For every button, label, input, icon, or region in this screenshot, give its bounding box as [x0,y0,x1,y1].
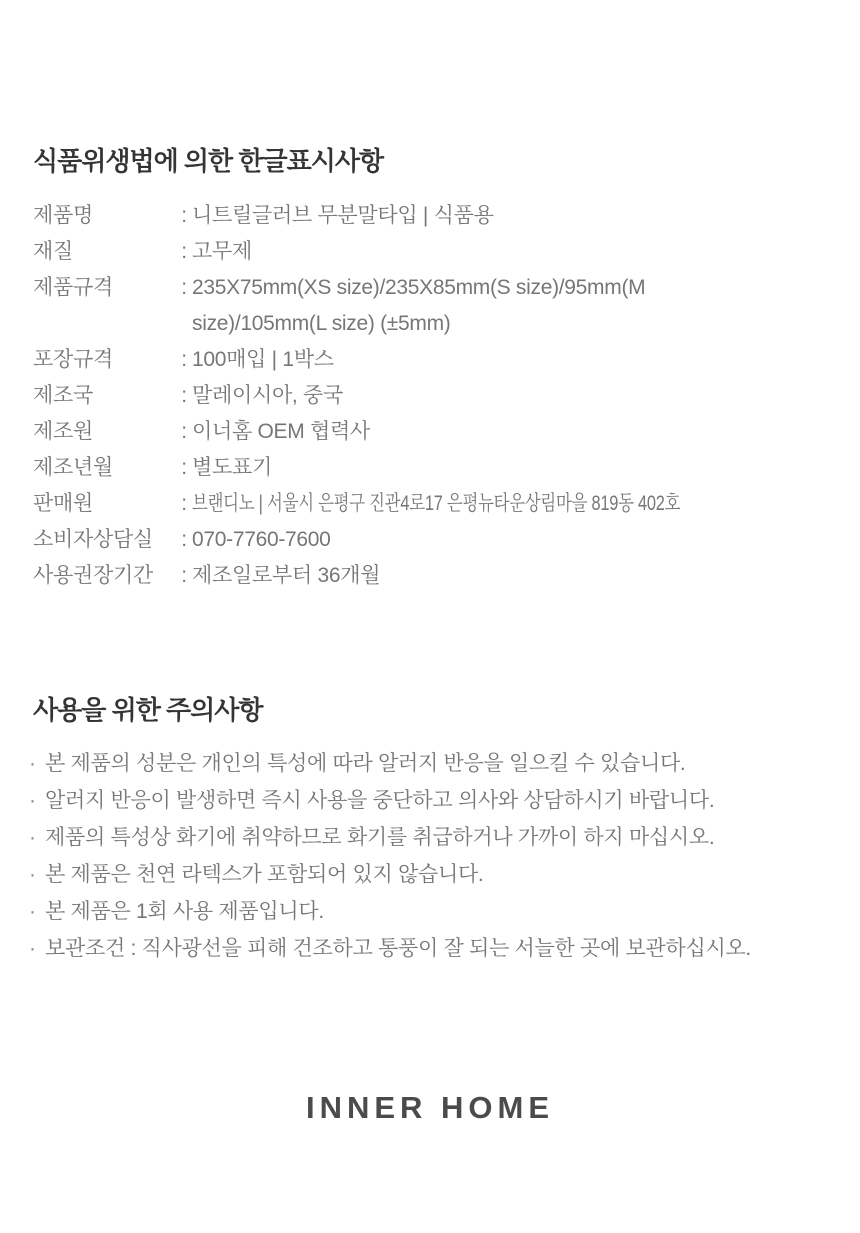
bullet-dot-icon: · [29,893,45,930]
info-value: 브랜디노 | 서울시 은평구 진관4로17 은평뉴타운상림마을 819동 402… [192,486,680,522]
info-value: 말레이시아, 중국 [192,378,845,414]
bullet-dot-icon: · [29,856,45,893]
info-row-seller: 판매원 : 브랜디노 | 서울시 은평구 진관4로17 은평뉴타운상림마을 81… [33,486,845,522]
info-value: 고무제 [192,234,845,270]
precaution-text: 본 제품은 천연 라텍스가 포함되어 있지 않습니다. [45,856,483,893]
info-label: 제조국 [33,378,176,414]
info-label: 포장규격 [33,342,176,378]
info-table: 제품명 : 니트릴글러브 무분말타입 | 식품용 재질 : 고무제 제품규격 :… [33,198,845,594]
precaution-item: · 제품의 특성상 화기에 취약하므로 화기를 취급하거나 가까이 하지 마십시… [29,819,845,856]
colon-separator: : [176,342,192,378]
bullet-dot-icon: · [29,819,45,856]
info-row-manufacturer: 제조원 : 이너홈 OEM 협력사 [33,414,845,450]
info-label: 판매원 [33,486,176,522]
precaution-text: 본 제품은 1회 사용 제품입니다. [45,893,324,930]
bullet-dot-icon: · [29,745,45,782]
bullet-dot-icon: · [29,782,45,819]
info-value: 제조일로부터 36개월 [192,558,845,594]
product-info-page: 식품위생법에 의한 한글표시사항 제품명 : 니트릴글러브 무분말타입 | 식품… [0,0,860,1233]
precaution-text: 본 제품의 성분은 개인의 특성에 따라 알러지 반응을 일으킬 수 있습니다. [45,745,685,782]
info-label: 사용권장기간 [33,558,176,594]
precaution-text: 제품의 특성상 화기에 취약하므로 화기를 취급하거나 가까이 하지 마십시오. [45,819,714,856]
info-value: 니트릴글러브 무분말타입 | 식품용 [192,198,845,234]
info-value-line-2: size)/105mm(L size) (±5mm) [192,312,450,335]
info-row-recommended-period: 사용권장기간 : 제조일로부터 36개월 [33,558,845,594]
info-value: 이너홈 OEM 협력사 [192,414,845,450]
korean-labeling-title: 식품위생법에 의한 한글표시사항 [33,146,845,176]
colon-separator: : [176,378,192,414]
info-row-material: 재질 : 고무제 [33,234,845,270]
info-label: 제조원 [33,414,176,450]
info-row-country: 제조국 : 말레이시아, 중국 [33,378,845,414]
brand-logo: INNER HOME [306,1090,554,1125]
info-label: 재질 [33,234,176,270]
info-label: 제품명 [33,198,176,234]
info-label: 제품규격 [33,270,176,306]
info-value-wrap: 브랜디노 | 서울시 은평구 진관4로17 은평뉴타운상림마을 819동 402… [192,486,845,522]
colon-separator: : [176,450,192,486]
colon-separator: : [176,270,192,306]
precaution-text: 알러지 반응이 발생하면 즉시 사용을 중단하고 의사와 상담하시기 바랍니다. [45,782,714,819]
precaution-text: 보관조건 : 직사광선을 피해 건조하고 통풍이 잘 되는 서늘한 곳에 보관하… [45,930,751,967]
info-value: 070-7760-7600 [192,522,845,558]
footer: INNER HOME [0,1090,860,1126]
precaution-list: · 본 제품의 성분은 개인의 특성에 따라 알러지 반응을 일으킬 수 있습니… [33,745,845,967]
colon-separator: : [176,234,192,270]
info-value: 235X75mm(XS size)/235X85mm(S size)/95mm(… [192,270,845,342]
info-row-manufacture-date: 제조년월 : 별도표기 [33,450,845,486]
info-value-line-1: 235X75mm(XS size)/235X85mm(S size)/95mm(… [192,276,645,299]
info-label: 제조년월 [33,450,176,486]
info-row-product-name: 제품명 : 니트릴글러브 무분말타입 | 식품용 [33,198,845,234]
main-content: 식품위생법에 의한 한글표시사항 제품명 : 니트릴글러브 무분말타입 | 식품… [33,146,845,967]
info-row-package-spec: 포장규격 : 100매입 | 1박스 [33,342,845,378]
colon-separator: : [176,522,192,558]
info-value: 100매입 | 1박스 [192,342,845,378]
precautions-title: 사용을 위한 주의사항 [33,695,845,725]
info-value: 별도표기 [192,450,845,486]
precaution-item: · 본 제품의 성분은 개인의 특성에 따라 알러지 반응을 일으킬 수 있습니… [29,745,845,782]
precaution-item: · 본 제품은 1회 사용 제품입니다. [29,893,845,930]
precaution-item: · 알러지 반응이 발생하면 즉시 사용을 중단하고 의사와 상담하시기 바랍니… [29,782,845,819]
colon-separator: : [176,198,192,234]
info-row-product-spec: 제품규격 : 235X75mm(XS size)/235X85mm(S size… [33,270,845,342]
colon-separator: : [176,558,192,594]
precaution-item: · 본 제품은 천연 라텍스가 포함되어 있지 않습니다. [29,856,845,893]
colon-separator: : [176,414,192,450]
colon-separator: : [176,486,192,522]
info-row-consumer-hotline: 소비자상담실 : 070-7760-7600 [33,522,845,558]
bullet-dot-icon: · [29,930,45,967]
info-label: 소비자상담실 [33,522,176,558]
precaution-item: · 보관조건 : 직사광선을 피해 건조하고 통풍이 잘 되는 서늘한 곳에 보… [29,930,845,967]
